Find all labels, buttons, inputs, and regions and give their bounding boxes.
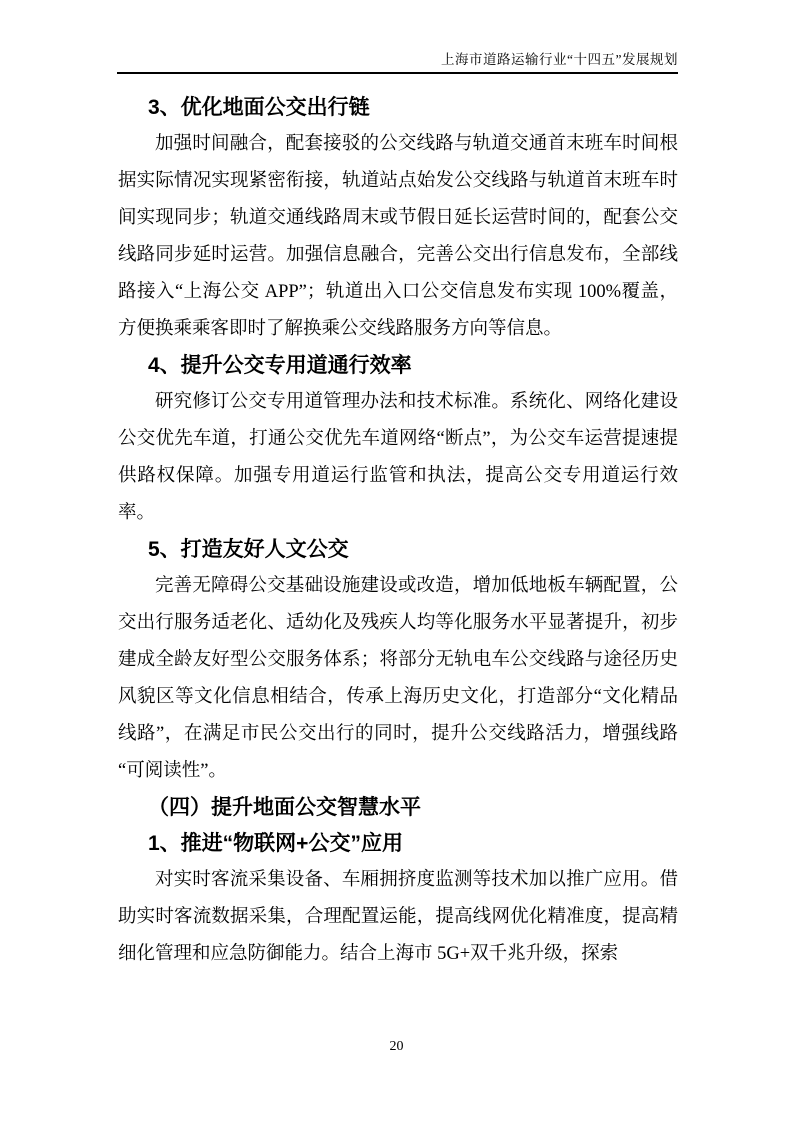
page-header: 上海市道路运输行业“十四五”发展规划 <box>117 50 678 74</box>
paragraph-bus-lane-management: 研究修订公交专用道管理办法和技术标准。系统化、网络化建设公交优先车道，打通公交优… <box>118 384 678 532</box>
paragraph-realtime-passenger-flow: 对实时客流采集设备、车厢拥挤度监测等技术加以推广应用。借助实时客流数据采集，合理… <box>118 862 678 973</box>
page-footer: 20 <box>0 1038 793 1056</box>
document-page: 上海市道路运输行业“十四五”发展规划 3、优化地面公交出行链 加强时间融合，配套… <box>0 0 793 1123</box>
heading-iot-plus-bus-application: 1、推进“物联网+公交”应用 <box>118 826 678 862</box>
header-title: 上海市道路运输行业“十四五”发展规划 <box>441 52 678 67</box>
paragraph-time-info-integration: 加强时间融合，配套接驳的公交线路与轨道交通首末班车时间根据实际情况实现紧密衔接，… <box>118 126 678 348</box>
heading-bus-lane-efficiency: 4、提升公交专用道通行效率 <box>118 348 678 384</box>
heading-friendly-humanistic-bus: 5、打造友好人文公交 <box>118 532 678 568</box>
heading-optimize-bus-travel-chain: 3、优化地面公交出行链 <box>118 90 678 126</box>
heading-section-four-smart-bus-level: （四）提升地面公交智慧水平 <box>118 790 678 826</box>
document-body: 3、优化地面公交出行链 加强时间融合，配套接驳的公交线路与轨道交通首末班车时间根… <box>118 90 678 973</box>
page-number: 20 <box>390 1039 404 1054</box>
paragraph-barrier-free-culture-bus: 完善无障碍公交基础设施建设或改造，增加低地板车辆配置，公交出行服务适老化、适幼化… <box>118 568 678 790</box>
